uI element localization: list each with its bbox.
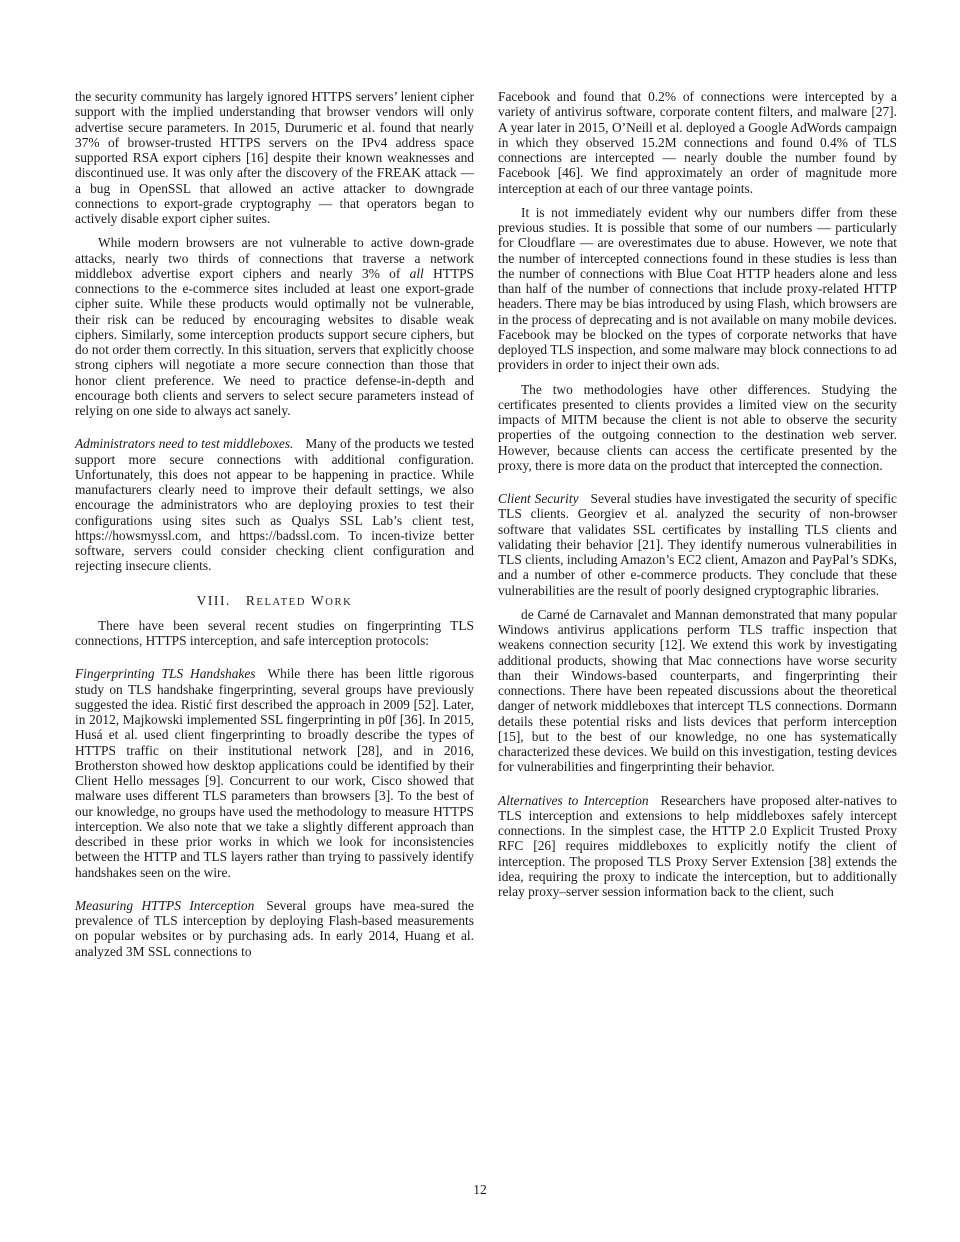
runin-heading-alternatives: Alternatives to Interception	[498, 793, 661, 808]
paragraph-carnavalet: de Carné de Carnavalet and Mannan demons…	[498, 607, 897, 775]
paragraph-export-ciphers: the security community has largely ignor…	[75, 89, 474, 226]
paragraph-administrators: Administrators need to test middleboxes.…	[75, 436, 474, 573]
right-column: Facebook and found that 0.2% of connecti…	[498, 89, 897, 899]
runin-heading-client-security: Client Security	[498, 491, 591, 506]
paragraph-facebook-study: Facebook and found that 0.2% of connecti…	[498, 89, 897, 196]
paragraph-client-security: Client SecuritySeveral studies have inve…	[498, 491, 897, 598]
paragraph-modern-browsers: While modern browsers are not vulnerable…	[75, 235, 474, 418]
paragraph-numbers-differ: It is not immediately evident why our nu…	[498, 205, 897, 373]
section-heading-related-work: VIII. RELATED WORK	[75, 593, 474, 610]
paragraph-methodologies: The two methodologies have other differe…	[498, 382, 897, 474]
runin-heading-fingerprinting: Fingerprinting TLS Handshakes	[75, 666, 268, 681]
paragraph-related-work-intro: There have been several recent studies o…	[75, 618, 474, 649]
runin-heading-measuring: Measuring HTTPS Interception	[75, 898, 266, 913]
left-column: the security community has largely ignor…	[75, 89, 474, 959]
emphasis-all: all	[410, 266, 424, 281]
paragraph-alternatives: Alternatives to InterceptionResearchers …	[498, 793, 897, 900]
paragraph-fingerprinting: Fingerprinting TLS HandshakesWhile there…	[75, 666, 474, 880]
paragraph-measuring-interception: Measuring HTTPS InterceptionSeveral grou…	[75, 898, 474, 959]
runin-heading-administrators: Administrators need to test middleboxes.	[75, 436, 305, 451]
page-number: 12	[0, 1182, 960, 1198]
